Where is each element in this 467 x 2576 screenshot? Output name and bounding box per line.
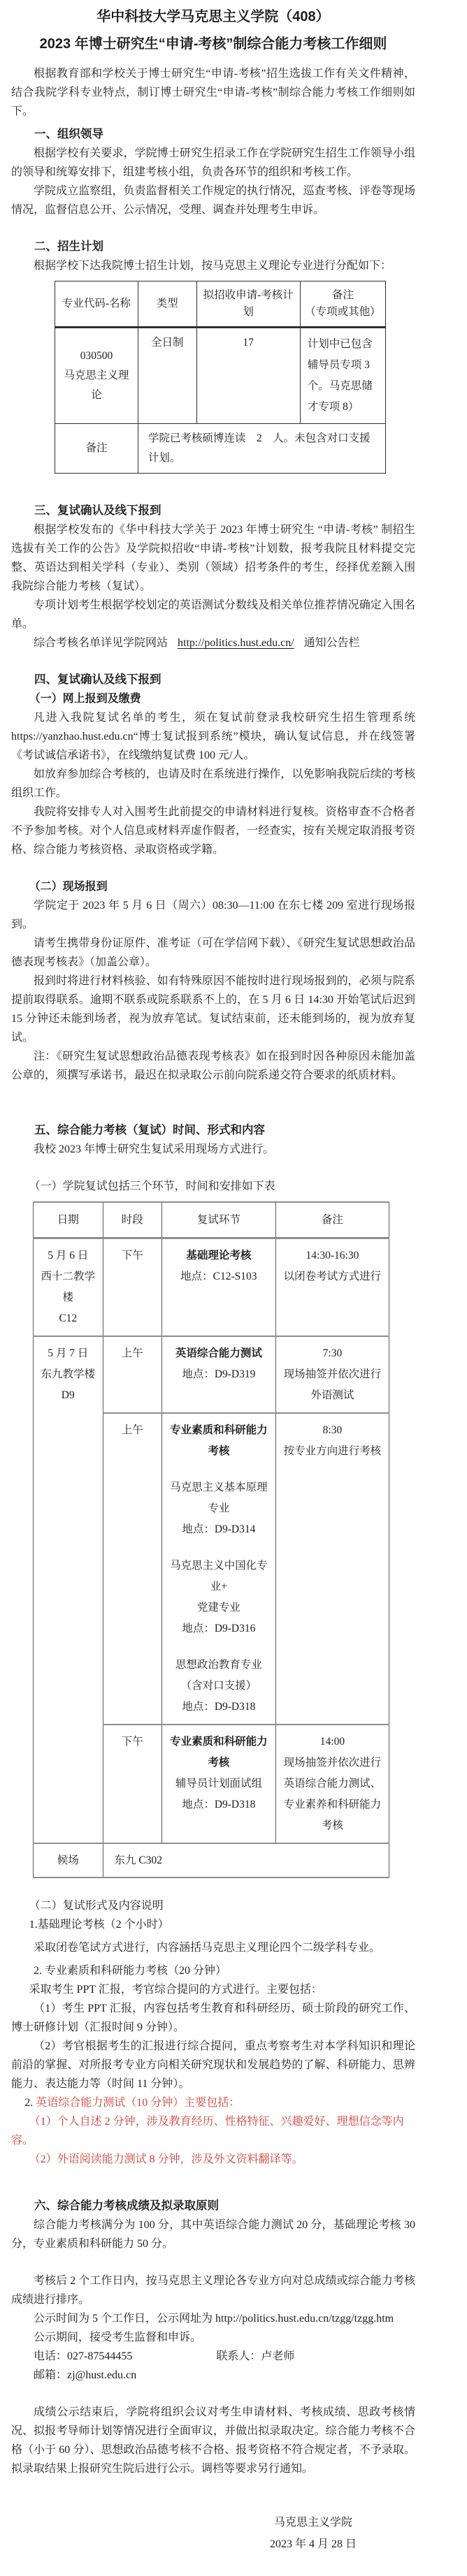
period-cell: 下午 [103,1725,161,1843]
red-paragraph: （2）外语阅读能力测试 8 分钟，涉及外文资料翻译等。 [11,2150,415,2169]
paragraph: （2）考官根据考生的汇报进行综合提问，重点考察考生对本学科知识和理论前沿的掌握、… [11,2037,415,2093]
table-header-line: （专项或其他） [305,304,381,321]
table-header-cell: 时段 [103,1202,161,1238]
major-name: 马克思主义理论 [61,366,132,405]
paragraph-with-url: 凡进入我院复试名单的考生，须在复试前登录我校研究生招生管理系统https://y… [11,708,415,765]
major-group-place: 地点：D9-D314 [166,1519,271,1540]
contact-person-label: 联系人：卢老师 [216,2350,294,2362]
subsection-heading: （一）网上报到及缴费 [11,689,415,708]
subsection-heading: （二）复试形式及内容说明 [11,1896,415,1915]
major-group-line: 思想政治教育专业 [166,1655,271,1676]
paragraph: 根据学校下达我院博士招生计划，按马克思主义理论专业进行分配如下： [11,256,415,275]
section-heading-4: 四、复试确认及线下报到 [11,671,415,689]
period-cell: 上午 [103,1336,161,1413]
note-cell: 8:30 按专业方向进行考核 [275,1413,389,1725]
table-header-cell: 复试环节 [161,1202,275,1238]
stage-title: 英语综合能力测试 [166,1343,271,1364]
table-header-cell: 拟招收申请-考核计划 [196,281,300,328]
table-header-line: 备注 [305,287,381,304]
table-cell-remark: 计划中已包含辅导员专项 3 个。马克思储才专项 8） [300,328,385,424]
paragraph: 注：《研究生复试思想政治品德表现考核表》如在报到时因各种原因未能加盖公章的，须撰… [11,1047,415,1085]
note-time: 14:30-16:30 [280,1245,385,1266]
table-cell-plan: 17 [196,328,300,424]
section-heading-6: 六、综合能力考核成绩及拟录取原则 [11,2197,415,2216]
table-header-cell: 类型 [138,281,196,328]
item-red-text: 英语综合能力测试（10 分钟）主要包括： [36,2097,240,2109]
date-line: 5 月 7 日 [38,1343,99,1364]
paragraph: 根据学校有关要求，学院博士研究生招录工作在学院研究生招生工作领导小组的领导和统筹… [11,144,415,182]
paragraph: 考核后 2 个工作日内，按马克思主义理论各专业方向对总成绩或综合能力考核成绩进行… [11,2271,415,2309]
paragraph: 根据学校发布的《华中科技大学关于 2023 年博士研究生 “申请-考核” 制招生… [11,520,415,596]
section-heading-5: 五、综合能力考核（复试）时间、形式和内容 [11,1121,415,1140]
paragraph: 我校 2023 年博士研究生复试采用现场方式进行。 [11,1140,415,1159]
date-cell: 5 月 6 日 西十二教学楼 C12 [34,1238,103,1337]
table-cell-major: 030500 马克思主义理论 [55,328,138,424]
major-group-place: 地点：D9-D316 [166,1618,271,1639]
date-cell: 5 月 7 日 东九教学楼 D9 [34,1336,103,1843]
subsection-heading: （二）现场报到 [11,877,415,896]
enrollment-plan-table: 专业代码-名称 类型 拟招收申请-考核计划 备注 （专项或其他） 030500 … [55,281,386,474]
phone-label: 电话：027-87544455 [34,2350,132,2362]
major-group-line: 马克思主义中国化专业+ [166,1556,271,1597]
waiting-room-cell: 东九 C302 [103,1843,389,1878]
paragraph: 综合能力考核满分为 100 分，其中英语综合能力测试 20 分，基础理论考核 3… [11,2216,415,2253]
stage-place: 地点：D9-D318 [166,1794,271,1815]
building-code: D9 [38,1385,99,1406]
table-header-row: 日期 时段 复试环节 备注 [34,1202,389,1238]
note-text: 以闭卷考试方式进行 [280,1266,385,1287]
college-website-link[interactable]: http://politics.hust.edu.cn/ [178,637,294,649]
stage-group: 辅导员计划面试组 [166,1773,271,1794]
paragraph: 专项计划考生根据学校划定的英语测试分数线及相关单位推荐情况确定入围名单。 [11,596,415,634]
list-item: 2. 专业素质和科研能力考核（20 分钟） [11,1961,415,1980]
table-header-cell: 日期 [34,1202,103,1238]
stage-title: 专业素质和科研能力考核 [166,1732,271,1773]
stage-place: 地点：C12-S103 [166,1266,271,1287]
table-cell-type: 全日制 [138,328,196,424]
note-time: 7:30 [280,1343,385,1364]
paragraph: 我院将安排专人对入围考生此前提交的申请材料进行复核。资格审查不合格者不予参加考核… [11,803,415,859]
building-code: C12 [38,1308,99,1329]
table-cell-note-label: 备注 [55,424,138,474]
stage-title: 专业素质和科研能力考核 [166,1420,271,1462]
note-cell: 14:00 现场抽签并依次进行英语综合能力测试、专业素养和科研能力考核 [275,1725,389,1843]
item-number: 2. [24,2097,33,2109]
stage-cell: 专业素质和科研能力考核 辅导员计划面试组 地点：D9-D318 [161,1725,275,1843]
link-suffix-text: 通知公告栏 [304,637,360,649]
stage-title: 基础理论考核 [166,1245,271,1266]
paragraph: 成绩公示结束后，学院将组织会议对考生申请材料、考核成绩、思政考核情况、拟报考导师… [11,2403,415,2478]
note-text: 按专业方向进行考核 [280,1441,385,1462]
note-cell: 14:30-16:30 以闭卷考试方式进行 [275,1238,389,1337]
period-cell: 下午 [103,1238,161,1337]
building-line: 东九教学楼 [38,1364,99,1385]
note-text: 现场抽签并依次进行英语综合能力测试、专业素养和科研能力考核 [280,1752,385,1836]
paragraph: 公示期间，接受考生监督和申诉。 [11,2328,415,2347]
major-group-place: 地点：D9-D318 [166,1697,271,1718]
paragraph-text: 公示时间为 5 个工作日，公示网址为 [34,2313,215,2325]
table-header-cell: 专业代码-名称 [55,281,138,328]
table-header-cell: 备注 （专项或其他） [300,281,385,328]
interview-schedule-table: 日期 时段 复试环节 备注 5 月 6 日 西十二教学楼 C12 下午 基础理论… [33,1201,389,1878]
note-time: 8:30 [280,1420,385,1441]
date-line: 5 月 6 日 [38,1245,99,1266]
table-header-cell: 备注 [275,1202,389,1238]
document-page: 华中科技大学马克思主义学院（408） 2023 年博士研究生“申请-考核”制综合… [0,0,467,2576]
footer-signature: 马克思主义学院 [270,2512,357,2533]
section-heading-2: 二、招生计划 [11,237,415,256]
paragraph: 报到时将进行材料核验、如有特殊原因不能按时进行现场报到的，必须与院系提前取得联系… [11,972,415,1047]
note-time: 14:00 [280,1732,385,1752]
paragraph-with-link: 综合考核名单详见学院网站http://politics.hust.edu.cn/… [11,634,415,652]
list-item-red: 2. 英语综合能力测试（10 分钟）主要包括： [11,2093,415,2112]
waiting-label-cell: 候场 [34,1843,103,1878]
red-paragraph: （1）个人自述 2 分钟，涉及教育经历、性格特征、兴趣爱好、理想信念等内容。 [11,2112,415,2150]
period-cell: 上午 [103,1413,161,1725]
paragraph: 采取考生 PPT 汇报，考官综合提问的方式进行。主要包括： [11,1980,415,1999]
major-group-line: 马克思主义基本原理专业 [166,1477,271,1519]
note-text: 现场抽签并依次进行外语测试 [280,1364,385,1406]
paragraph: 如放弃参加综合考核的，也请及时在系统进行操作，以免影响我院后续的考核组织工作。 [11,765,415,803]
building-line: 西十二教学楼 [38,1266,99,1308]
section-heading-3: 三、复试确认及线下报到 [11,502,415,520]
table-cell-note-value: 学院已考核硕博连读 2 人。未包含对口支援计划。 [138,424,385,474]
doc-title-line1: 华中科技大学马克思主义学院（408） [11,7,415,27]
link-prefix-text: 综合考核名单详见学院网站 [34,637,168,649]
paragraph: （1）考生 PPT 汇报，内容包括考生教育和科研经历、硕士阶段的研究工作、博士研… [11,1999,415,2037]
footer-signature-block: 马克思主义学院 2023 年 4 月 28 日 [270,2512,357,2555]
major-code: 030500 [61,346,132,366]
table-note-row: 备注 学院已考核硕博连读 2 人。未包含对口支援计划。 [55,424,386,474]
major-group-line: （含对口支援） [166,1676,271,1697]
subsection-heading: （一）学院复试包括三个环节，时间和安排如下表 [11,1177,415,1196]
stage-place: 地点：D9-D319 [166,1364,271,1385]
stage-cell: 基础理论考核 地点：C12-S103 [161,1238,275,1337]
contact-line: 电话：027-87544455联系人：卢老师 [11,2347,415,2366]
doc-title-line2: 2023 年博士研究生“申请-考核”制综合能力考核工作细则 [11,34,415,54]
list-item: 1.基础理论考核（2 个小时） [11,1915,415,1934]
major-group-line: 党建专业 [166,1597,271,1618]
schedule-row-waiting: 候场 东九 C302 [34,1843,389,1878]
paragraph: 学院成立监察组，负责监督相关工作规定的执行情况，巡查考核、评卷等现场情况，监督信… [11,182,415,219]
paragraph-text: 凡进入我院复试名单的考生，须在复试前登录我校研究生招生管理系统 [34,712,415,724]
email-line: 邮箱：zj@hust.edu.cn [11,2366,415,2385]
schedule-row-may7-english: 5 月 7 日 东九教学楼 D9 上午 英语综合能力测试 地点：D9-D319 … [34,1336,389,1413]
note-cell: 7:30 现场抽签并依次进行外语测试 [275,1336,389,1413]
stage-cell: 英语综合能力测试 地点：D9-D319 [161,1336,275,1413]
yanzhao-system-url: https://yanzhao.hust.edu.cn [11,731,134,742]
stage-cell: 专业素质和科研能力考核 马克思主义基本原理专业 地点：D9-D314 马克思主义… [161,1413,275,1725]
section-heading-1: 一、组织领导 [11,125,415,144]
table-row: 030500 马克思主义理论 全日制 17 计划中已包含辅导员专项 3 个。马克… [55,328,386,424]
publicity-url: http://politics.hust.edu.cn/tzgg/tzgg.ht… [215,2313,394,2325]
intro-paragraph: 根据教育部和学校关于博士研究生“申请-考核”招生选拔工作有关文件精神，结合我院学… [11,64,415,121]
paragraph: 学院定于 2023 年 5 月 6 日（周六）08:30—11:00 在东七楼 … [11,896,415,934]
footer-date: 2023 年 4 月 28 日 [270,2533,357,2555]
paragraph: 请考生携带身份证原件、准考证（可在学信网下载）、《研究生复试思想政治品德表现考核… [11,934,415,972]
schedule-row-may6: 5 月 6 日 西十二教学楼 C12 下午 基础理论考核 地点：C12-S103… [34,1238,389,1337]
paragraph-with-url: 公示时间为 5 个工作日，公示网址为 http://politics.hust.… [11,2309,415,2328]
paragraph: 采取闭卷笔试方式进行，内容涵括马克思主义理论四个二级学科专业。 [11,1938,415,1957]
table-header-row: 专业代码-名称 类型 拟招收申请-考核计划 备注 （专项或其他） [55,281,386,328]
